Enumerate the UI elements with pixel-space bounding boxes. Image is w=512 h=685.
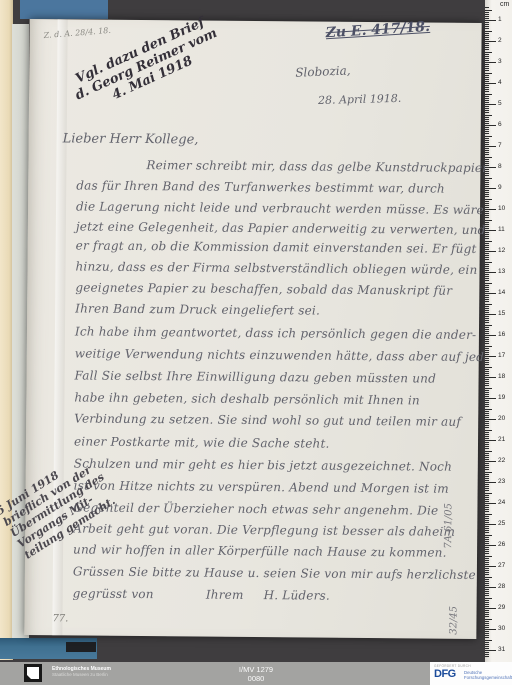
ruler-tick	[485, 501, 489, 502]
ruler-number: 16	[498, 331, 511, 338]
ruler-tick	[485, 530, 489, 531]
ruler-tick	[485, 516, 489, 517]
ruler-tick	[485, 45, 489, 46]
ruler-tick	[485, 291, 489, 292]
ruler-tick	[485, 49, 489, 50]
ruler-tick	[485, 178, 492, 179]
ruler-tick	[485, 446, 489, 447]
ruler-tick	[485, 469, 489, 470]
ruler-tick	[485, 633, 489, 634]
book-cover-notch	[66, 642, 96, 652]
ruler-tick	[485, 136, 492, 137]
footer-bar: Ethnologisches Museum Staatliche Museen …	[0, 662, 512, 685]
handwriting-line: geeignetes Papier zu beschaffen, sobald …	[75, 280, 452, 297]
ruler-tick	[485, 110, 489, 111]
ruler-tick	[485, 115, 492, 116]
ruler-tick	[485, 593, 489, 594]
ruler-tick	[485, 255, 489, 256]
ruler-tick	[485, 266, 489, 267]
ruler-tick	[485, 327, 489, 328]
ruler-tick	[485, 295, 489, 296]
ruler-tick	[485, 339, 489, 340]
ruler-tick	[485, 310, 489, 311]
ruler-tick	[485, 312, 489, 313]
ruler-number: 28	[498, 583, 511, 590]
ruler-tick	[485, 352, 489, 353]
ruler-tick	[485, 209, 496, 210]
ruler-tick	[485, 85, 489, 86]
ruler-tick	[485, 68, 489, 69]
ruler-tick	[485, 12, 489, 13]
ruler-tick	[485, 392, 489, 393]
ruler-tick	[485, 331, 489, 332]
ruler-tick	[485, 568, 489, 569]
ruler-tick	[485, 7, 489, 8]
ruler-tick	[485, 142, 489, 143]
ruler-tick	[485, 243, 489, 244]
ruler-tick	[485, 199, 492, 200]
ruler-tick	[485, 570, 489, 571]
ruler-tick	[485, 228, 489, 229]
ruler-tick	[485, 656, 489, 657]
handwriting-line: er fragt an, ob die Kommission damit ein…	[76, 238, 477, 255]
ruler-tick	[485, 356, 496, 357]
ruler-number: 26	[498, 541, 511, 548]
handwriting-line: habe ihn gebeten, sich deshalb persönlic…	[74, 390, 420, 407]
ruler-tick	[485, 41, 496, 42]
ruler-tick	[485, 535, 492, 536]
ruler-tick	[485, 388, 492, 389]
ruler-tick	[485, 371, 489, 372]
ruler-number: 29	[498, 604, 511, 611]
dfg-logo: GEFÖRDERT DURCH DFG Deutsche Forschungsg…	[430, 662, 512, 685]
book-cover-top	[20, 0, 108, 19]
ruler-tick	[485, 188, 496, 189]
ruler-tick	[485, 495, 489, 496]
ruler-tick	[485, 484, 489, 485]
ruler-tick	[485, 301, 489, 302]
ruler-tick	[485, 152, 489, 153]
ruler-tick	[485, 308, 489, 309]
ruler-tick	[485, 556, 492, 557]
ruler-tick	[485, 192, 489, 193]
handwriting-line: Gegenteil der Überzieher noch etwas sehr…	[73, 500, 438, 517]
ruler-tick	[485, 572, 489, 573]
ruler-tick	[485, 549, 489, 550]
ruler-tick	[485, 430, 492, 431]
ruler-tick	[485, 62, 496, 63]
ruler-tick	[485, 251, 496, 252]
ruler-tick	[485, 150, 489, 151]
letter-page: Z. d. A. 28/4. 18. Vgl. dazu den Briefd.…	[24, 19, 481, 639]
ruler-tick	[485, 367, 492, 368]
ruler-tick	[485, 614, 489, 615]
ruler-tick	[485, 333, 489, 334]
ruler-tick	[485, 37, 489, 38]
ruler-tick	[485, 360, 489, 361]
ruler-tick	[485, 125, 496, 126]
ruler-tick	[485, 285, 489, 286]
ruler-number: 19	[498, 394, 511, 401]
ruler-tick	[485, 245, 489, 246]
ruler-tick	[485, 346, 492, 347]
ruler-tick	[485, 253, 489, 254]
handwriting-line: Fall Sie selbst Ihre Einwilligung dazu g…	[75, 368, 437, 385]
ruler-number: 15	[498, 310, 511, 317]
ruler-tick	[485, 157, 492, 158]
ruler-tick	[485, 635, 489, 636]
ruler-tick	[485, 518, 489, 519]
ruler-tick	[485, 320, 489, 321]
ruler-tick	[485, 47, 489, 48]
ruler-tick	[485, 640, 492, 641]
salutation: Lieber Herr Kollege,	[63, 131, 199, 147]
ruler-tick	[485, 211, 489, 212]
ruler-tick	[485, 493, 492, 494]
ruler-tick	[485, 581, 489, 582]
ruler-tick	[485, 33, 489, 34]
ruler-tick	[485, 602, 489, 603]
ruler-tick	[485, 133, 489, 134]
ruler-tick	[485, 70, 489, 71]
ruler-tick	[485, 589, 489, 590]
ruler-tick	[485, 94, 492, 95]
ruler-tick	[485, 24, 489, 25]
ruler-tick	[485, 272, 496, 273]
ruler-tick	[485, 591, 489, 592]
ruler-tick	[485, 486, 489, 487]
ruler-number: 8	[498, 163, 511, 170]
ruler-tick	[485, 54, 489, 55]
ruler-tick	[485, 467, 489, 468]
ruler-tick	[485, 293, 496, 294]
ruler-number: 12	[498, 247, 511, 254]
place-line: Slobozia,	[295, 63, 351, 79]
ruler-tick	[485, 606, 489, 607]
ruler-tick	[485, 274, 489, 275]
ruler-tick	[485, 608, 496, 609]
ruler-tick	[485, 577, 492, 578]
ruler-tick	[485, 585, 489, 586]
ruler-tick	[485, 583, 489, 584]
ruler-tick	[485, 318, 489, 319]
ruler-tick	[485, 154, 489, 155]
ruler-tick	[485, 505, 489, 506]
ruler-tick	[485, 415, 489, 416]
ruler-tick	[485, 207, 489, 208]
handwriting-line: das für Ihren Band des Turfanwerkes best…	[76, 178, 445, 195]
ruler-number: 23	[498, 478, 511, 485]
handwriting-line: weitige Verwendung nichts einzuwenden hä…	[75, 346, 500, 364]
ruler-tick	[485, 478, 489, 479]
ruler-tick	[485, 396, 489, 397]
ruler-number: 27	[498, 562, 511, 569]
funder-name: Deutsche Forschungsgemeinschaft	[464, 670, 512, 680]
ruler-tick	[485, 627, 489, 628]
ruler-tick	[485, 616, 489, 617]
ruler-tick	[485, 297, 489, 298]
page-number-note: 77.	[52, 613, 68, 624]
ruler-tick	[485, 20, 496, 21]
ruler-tick	[485, 232, 489, 233]
ruler-tick	[485, 26, 489, 27]
ruler-tick	[485, 402, 489, 403]
ruler-tick	[485, 390, 489, 391]
handwriting-line: jetzt eine Gelegenheit, das Papier ander…	[76, 219, 486, 237]
ruler-tick	[485, 465, 489, 466]
ruler-tick	[485, 186, 489, 187]
ruler-tick	[485, 335, 496, 336]
ruler-tick	[485, 419, 496, 420]
ruler-tick	[485, 264, 489, 265]
ruler-tick	[485, 558, 489, 559]
ruler-tick	[485, 123, 489, 124]
ruler-number: 9	[498, 184, 511, 191]
ruler-tick	[485, 650, 496, 651]
ruler-tick	[485, 421, 489, 422]
ruler-tick	[485, 73, 492, 74]
ruler-tick	[485, 194, 489, 195]
ruler-tick	[485, 89, 489, 90]
ruler-tick	[485, 543, 489, 544]
ruler-tick	[485, 574, 489, 575]
ruler-tick	[485, 83, 496, 84]
ruler-tick	[485, 22, 489, 23]
ruler-tick	[485, 383, 489, 384]
ruler-tick	[485, 220, 492, 221]
ruler-tick	[485, 224, 489, 225]
ruler-tick	[485, 283, 492, 284]
ruler-tick	[485, 43, 489, 44]
ruler-tick	[485, 442, 489, 443]
ruler-tick	[485, 230, 496, 231]
ruler-tick	[485, 425, 489, 426]
ruler-tick	[485, 652, 489, 653]
ruler-tick	[485, 490, 489, 491]
ruler-tick	[485, 364, 489, 365]
ruler-tick	[485, 14, 489, 15]
ruler-tick	[485, 280, 489, 281]
ruler-tick	[485, 350, 489, 351]
ruler-tick	[485, 129, 489, 130]
ruler-tick	[485, 66, 489, 67]
ruler-tick	[485, 625, 489, 626]
ruler-tick	[485, 87, 489, 88]
ruler-tick	[485, 377, 496, 378]
ruler-tick	[485, 325, 492, 326]
ruler-tick	[485, 406, 489, 407]
ruler-tick	[485, 205, 489, 206]
ruler-tick	[485, 35, 489, 36]
ruler-tick	[485, 10, 492, 11]
funder-name-line2: Forschungsgemeinschaft	[464, 675, 512, 680]
ruler-tick	[485, 159, 489, 160]
ruler-tick	[485, 409, 492, 410]
ruler-tick	[485, 238, 489, 239]
ruler-tick	[485, 201, 489, 202]
ruler-tick	[485, 167, 496, 168]
ruler-tick	[485, 182, 489, 183]
ruler-number: 1	[498, 16, 511, 23]
ruler-tick	[485, 226, 489, 227]
ruler-tick	[485, 108, 489, 109]
ruler-tick	[485, 427, 489, 428]
ruler-tick	[485, 545, 496, 546]
ruler-number: 3	[498, 58, 511, 65]
ruler-tick	[485, 648, 489, 649]
ruler-tick	[485, 373, 489, 374]
ruler-number: 31	[498, 646, 511, 653]
ruler-tick	[485, 217, 489, 218]
dfg-abbr: DFG	[434, 668, 456, 680]
ruler-number: 18	[498, 373, 511, 380]
ruler-tick	[485, 547, 489, 548]
ruler-tick	[485, 138, 489, 139]
ruler-number: 5	[498, 100, 511, 107]
ruler-tick	[485, 91, 489, 92]
ruler-number: 21	[498, 436, 511, 443]
ruler-tick	[485, 476, 489, 477]
handwriting-line: die Lagerung nicht leide und verbraucht …	[76, 199, 484, 217]
ruler-tick	[485, 106, 489, 107]
ruler-tick	[485, 354, 489, 355]
ruler-number: 25	[498, 520, 511, 527]
ruler-tick	[485, 119, 489, 120]
ruler-tick	[485, 514, 492, 515]
handwriting-line: Grüssen Sie bitte zu Hause u. seien Sie …	[73, 564, 476, 582]
ruler-tick	[485, 100, 489, 101]
ruler-tick	[485, 81, 489, 82]
ruler-tick	[485, 146, 496, 147]
ruler-tick	[485, 60, 489, 61]
date-line: 28. April 1918.	[318, 92, 402, 107]
ruler-tick	[485, 163, 489, 164]
handwriting-line: Schulzen und mir geht es hier bis jetzt …	[74, 456, 452, 473]
ruler-tick	[485, 461, 496, 462]
ruler-tick	[485, 348, 489, 349]
ruler-tick	[485, 511, 489, 512]
ruler-tick	[485, 358, 489, 359]
ruler-tick	[485, 28, 489, 29]
ruler-tick	[485, 394, 489, 395]
ruler-tick	[485, 270, 489, 271]
ruler-tick	[485, 369, 489, 370]
ruler-tick	[485, 39, 489, 40]
ruler-tick	[485, 259, 489, 260]
ruler-tick	[485, 436, 489, 437]
ruler-tick	[485, 440, 496, 441]
ruler-tick	[485, 121, 489, 122]
ruler-tick	[485, 482, 496, 483]
ruler-tick	[485, 329, 489, 330]
ruler-tick	[485, 16, 489, 17]
ruler-tick	[485, 644, 489, 645]
ruler-number: 2	[498, 37, 511, 44]
ruler-number: 4	[498, 79, 511, 86]
ruler-tick	[485, 595, 489, 596]
ruler-tick	[485, 438, 489, 439]
ruler-tick	[485, 444, 489, 445]
ruler-tick	[485, 131, 489, 132]
ruler-tick	[485, 600, 489, 601]
ruler-tick	[485, 79, 489, 80]
ruler-number: 13	[498, 268, 511, 275]
ruler-tick	[485, 64, 489, 65]
ruler-tick	[485, 604, 489, 605]
ruler-number: 17	[498, 352, 511, 359]
ruler-tick	[485, 75, 489, 76]
ruler-tick	[485, 241, 492, 242]
ruler-tick	[485, 623, 489, 624]
ruler-tick	[485, 236, 489, 237]
ruler-tick	[485, 560, 489, 561]
ruler-number: 20	[498, 415, 511, 422]
ruler-tick	[485, 180, 489, 181]
ruler-tick	[485, 337, 489, 338]
ruler-tick	[485, 289, 489, 290]
filing-note: Z. d. A. 28/4. 18.	[43, 26, 111, 40]
ruler-tick	[485, 404, 489, 405]
ruler-tick	[485, 474, 489, 475]
ruler-tick	[485, 215, 489, 216]
ruler-tick	[485, 165, 489, 166]
ruler-tick	[485, 341, 489, 342]
ruler-number: 30	[498, 625, 511, 632]
ruler-tick	[485, 526, 489, 527]
handwriting-line: Ich habe ihm geantwortet, dass ich persö…	[75, 324, 476, 342]
ruler-tick	[485, 287, 489, 288]
ruler-tick	[485, 610, 489, 611]
ruler-tick	[485, 472, 492, 473]
ruler-number: 22	[498, 457, 511, 464]
ruler-tick	[485, 497, 489, 498]
ruler-tick	[485, 375, 489, 376]
ruler-tick	[485, 398, 496, 399]
ruler-tick	[485, 646, 489, 647]
ruler-tick	[485, 362, 489, 363]
ruler-tick	[485, 222, 489, 223]
ruler-tick	[485, 564, 489, 565]
ruler-tick	[485, 598, 492, 599]
ruler-tick	[485, 551, 489, 552]
ruler-tick	[485, 304, 492, 305]
ruler-tick	[485, 400, 489, 401]
handwriting-line: Reimer schreibt mir, dass das gelbe Kuns…	[146, 158, 491, 175]
handwriting-line: einer Postkarte mit, wie die Sache steht…	[74, 434, 330, 450]
ruler-tick	[485, 257, 489, 258]
ruler-tick	[485, 434, 489, 435]
cm-ruler: cm 1234567891011121314151617181920212223…	[485, 0, 512, 662]
ruler-tick	[485, 654, 489, 655]
ruler-tick	[485, 499, 489, 500]
ruler-number: 14	[498, 289, 511, 296]
ruler-tick	[485, 453, 489, 454]
ruler-tick	[485, 203, 489, 204]
ruler-tick	[485, 96, 489, 97]
ruler-tick	[485, 413, 489, 414]
ruler-tick	[485, 379, 489, 380]
ruler-tick	[485, 532, 489, 533]
ruler-tick	[485, 503, 496, 504]
ruler-tick	[485, 104, 496, 105]
ruler-tick	[485, 528, 489, 529]
ruler-tick	[485, 148, 489, 149]
vertical-archive-mark-upper: 7A 61/05	[443, 503, 454, 549]
ruler-tick	[485, 480, 489, 481]
ruler-tick	[485, 169, 489, 170]
reference-annotation: Vgl. dazu den Briefd. Georg Reimer vom4.…	[56, 7, 237, 122]
ruler-tick	[485, 463, 489, 464]
